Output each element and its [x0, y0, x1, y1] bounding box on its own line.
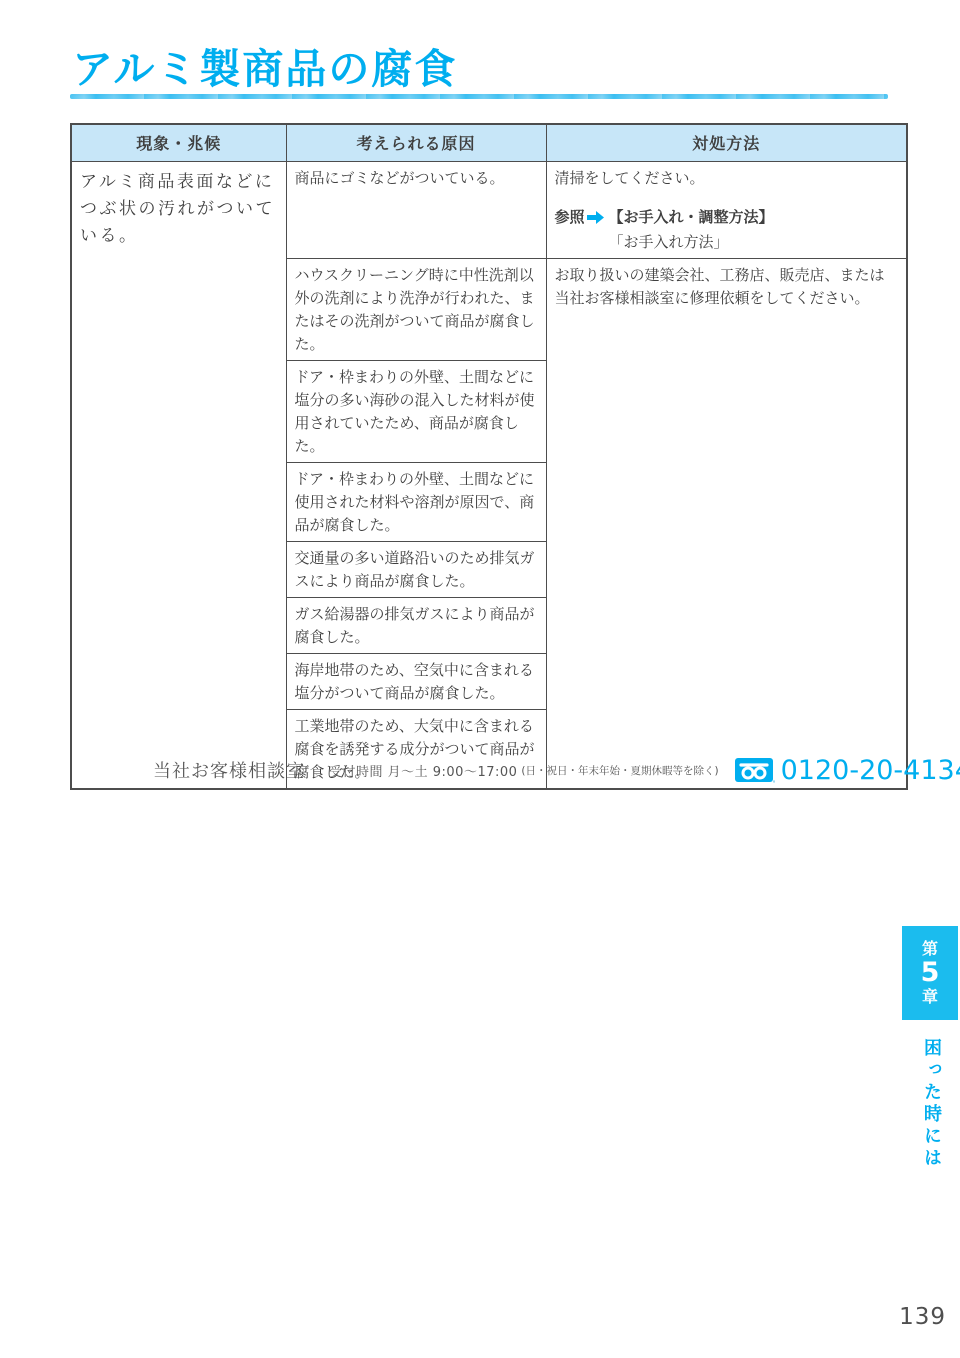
contact-hours: 受付時間 月～土 9:00～17:00	[329, 761, 517, 780]
remedy-cell-rest: お取り扱いの建築会社、工務店、販売店、または当社お客様相談室に修理依頼をしてくだ…	[546, 258, 907, 789]
customer-contact-line: 当社お客様相談室 受付時間 月～土 9:00～17:00 (日・祝日・年末年始・…	[153, 752, 903, 788]
phone-number: 0120-20-4134	[781, 755, 960, 786]
contact-name: 当社お客様相談室	[153, 757, 305, 783]
page-title: アルミ製商品の腐食	[72, 36, 457, 95]
chapter-section-label: 困った時には	[918, 1038, 944, 1178]
troubleshooting-table: 現象・兆候 考えられる原因 対処方法 アルミ商品表面などにつぶ状の汚れがついてい…	[70, 123, 908, 790]
cause-cell: 商品にゴミなどがついている。	[286, 161, 546, 258]
cause-cell: ドア・枠まわりの外壁、土間などに使用された材料や溶剤が原因で、商品が腐食した。	[286, 462, 546, 541]
cause-cell: 交通量の多い道路沿いのため排気ガスにより商品が腐食した。	[286, 541, 546, 597]
reference-label: 参照	[555, 206, 585, 229]
manual-page: アルミ製商品の腐食 現象・兆候 考えられる原因 対処方法 アルミ商品表面などにつ…	[0, 0, 960, 1358]
cause-cell: ドア・枠まわりの外壁、土間などに塩分の多い海砂の混入した材料が使用されていたため…	[286, 360, 546, 462]
cause-cell: ハウスクリーニング時に中性洗剤以外の洗剤により洗浄が行われた、またはその洗剤がつ…	[286, 258, 546, 360]
chapter-number: 5	[921, 959, 940, 987]
cause-cell: ガス給湯器の排気ガスにより商品が腐食した。	[286, 597, 546, 653]
reference-arrow-icon	[587, 211, 604, 224]
title-underline-brush	[70, 94, 888, 99]
remedy-line: 清掃をしてください。	[555, 167, 899, 190]
remedy-cell-first: 清掃をしてください。 参照 【お手入れ・調整方法】 「お手入れ方法」	[546, 161, 907, 258]
cause-cell: 海岸地帯のため、空気中に含まれる塩分がついて商品が腐食した。	[286, 653, 546, 709]
page-number: 139	[860, 1304, 946, 1330]
troubleshooting-table-wrap: 現象・兆候 考えられる原因 対処方法 アルミ商品表面などにつぶ状の汚れがついてい…	[70, 123, 906, 790]
table-row: アルミ商品表面などにつぶ状の汚れがついている。 商品にゴミなどがついている。 清…	[71, 161, 907, 258]
header-cause: 考えられる原因	[286, 124, 546, 161]
reference-sub: 「お手入れ方法」	[555, 231, 899, 254]
freedial-icon	[735, 757, 775, 784]
chapter-prefix: 第	[922, 939, 938, 959]
contact-hours-note: (日・祝日・年末年始・夏期休暇等を除く)	[521, 763, 718, 778]
reference-target: 【お手入れ・調整方法】	[609, 206, 774, 229]
chapter-tab: 第 5 章	[902, 926, 958, 1020]
header-symptom: 現象・兆候	[71, 124, 286, 161]
header-remedy: 対処方法	[546, 124, 907, 161]
reference-row: 参照 【お手入れ・調整方法】	[555, 206, 899, 229]
table-header-row: 現象・兆候 考えられる原因 対処方法	[71, 124, 907, 161]
chapter-suffix: 章	[922, 987, 938, 1007]
symptom-cell: アルミ商品表面などにつぶ状の汚れがついている。	[71, 161, 286, 789]
